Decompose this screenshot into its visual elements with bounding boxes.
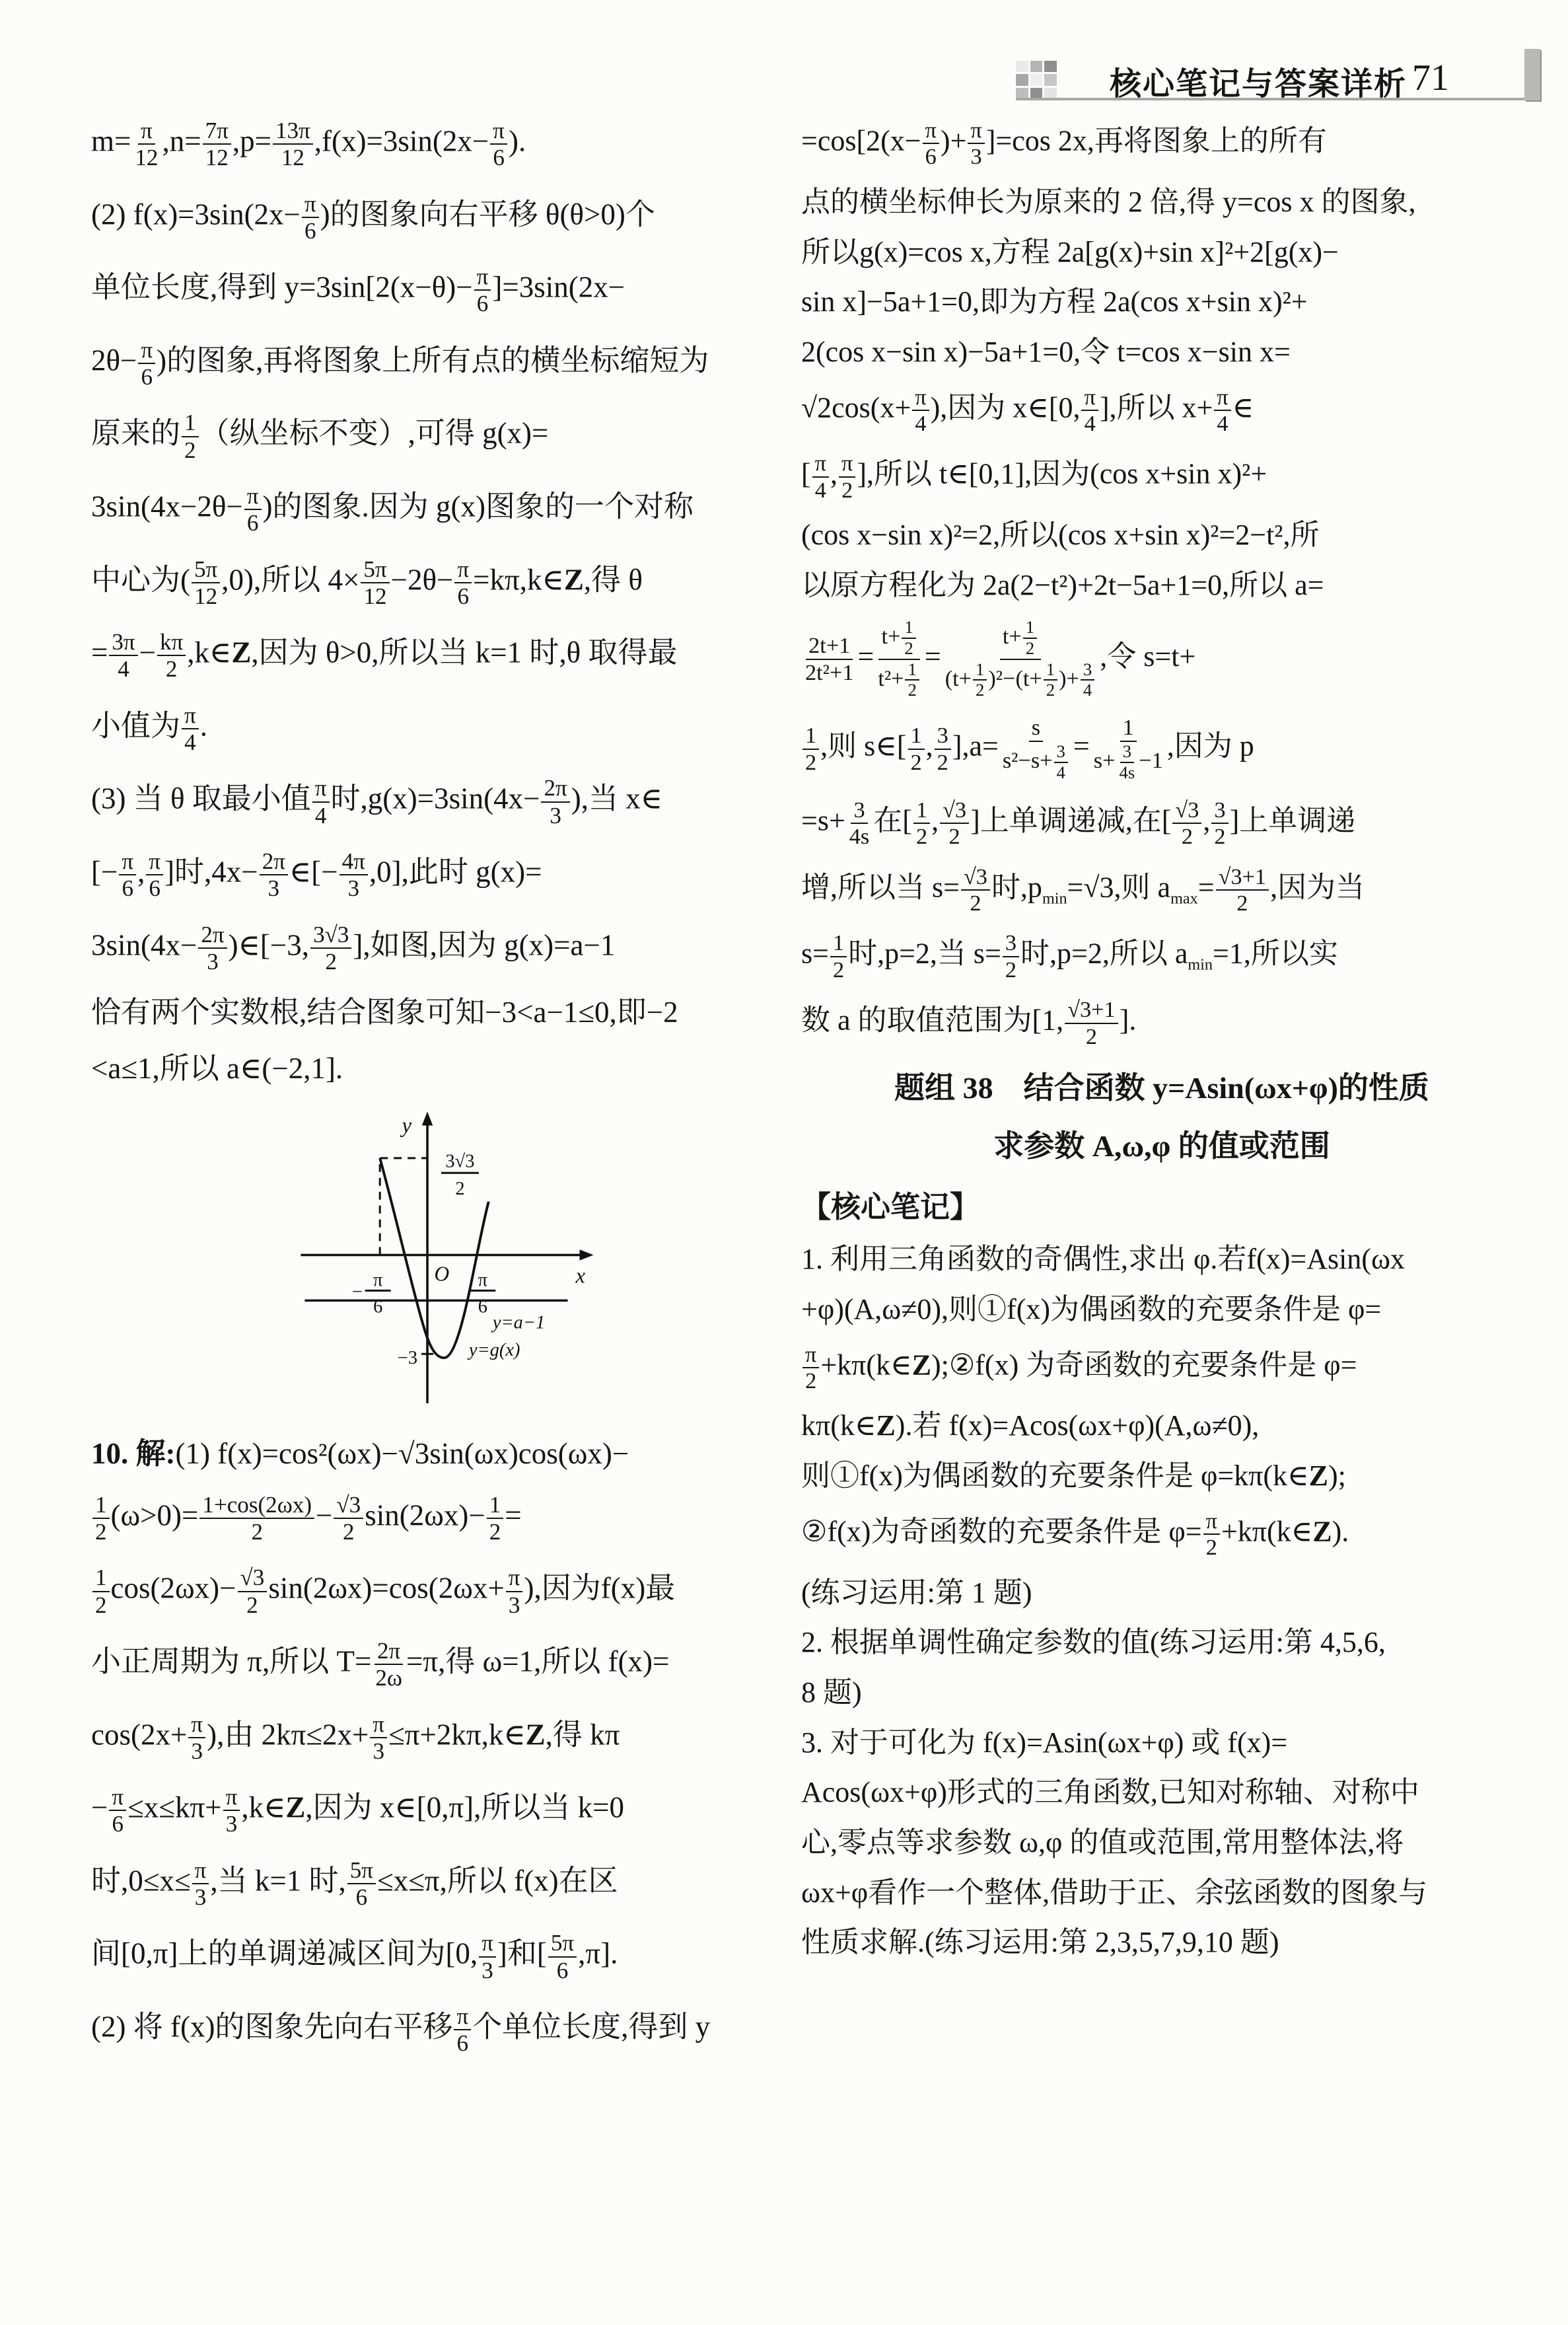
text-line: 3sin(4x−2π3)∈[−3,3√32],如图,因为 g(x)=a−1: [91, 922, 783, 975]
text-line: [π4,π2],所以 t∈[0,1],因为(cos x+sin x)²+: [801, 451, 1522, 503]
text-line: 3sin(4x−2θ−π6)的图象.因为 g(x)图象的一个对称: [91, 483, 783, 536]
g-curve-label: y=g(x): [467, 1340, 520, 1360]
column-left: m=π12,n=7π12,p=13π12,f(x)=3sin(2x−π6).(2…: [91, 118, 783, 2077]
text-line: 小值为π4.: [91, 702, 783, 756]
text-line: 8 题): [801, 1675, 1522, 1711]
text-line: 12,则 s∈[12,32],a=ss²−s+34=1s+34s−1,因为 p: [801, 715, 1522, 782]
logo-square: [1044, 74, 1057, 85]
text-line: m=π12,n=7π12,p=13π12,f(x)=3sin(2x−π6).: [91, 118, 783, 171]
text-line: √2cos(x+π4),因为 x∈[0,π4],所以 x+π4∈: [801, 385, 1522, 437]
right-paragraph-1: =cos[2(x−π6)+π3]=cos 2x,再将图象上的所有点的横坐标伸长为…: [801, 118, 1522, 1049]
text-line: 时,0≤x≤π3,当 k=1 时,5π6≤x≤π,所以 f(x)在区: [91, 1857, 783, 1911]
text-line: 小正周期为 π,所以 T=2π2ω=π,得 ω=1,所以 f(x)=: [91, 1638, 783, 1691]
text-line: (cos x−sin x)²=2,所以(cos x+sin x)²=2−t²,所: [801, 517, 1522, 553]
tick-right-denominator: 6: [478, 1296, 487, 1317]
text-line: s=12时,p=2,当 s=32时,p=2,所以 amin=1,所以实: [801, 930, 1522, 982]
text-line: 原来的12（纵坐标不变）,可得 g(x)=: [91, 410, 783, 463]
text-line: −π6≤x≤kπ+π3,k∈Z,因为 x∈[0,π],所以当 k=0: [91, 1784, 783, 1837]
tick-left-minus: −: [352, 1282, 363, 1302]
text-line: <a≤1,所以 a∈(−2,1].: [91, 1051, 783, 1087]
tick-left-numerator: π: [373, 1270, 382, 1290]
text-line: 12cos(2ωx)−√32sin(2ωx)=cos(2ωx+π3),因为f(x…: [91, 1565, 783, 1618]
text-line: 1. 利用三角函数的奇偶性,求出 φ.若f(x)=Asin(ωx: [801, 1241, 1522, 1277]
text-line: 10. 解:(1) f(x)=cos²(ωx)−√3sin(ωx)cos(ωx)…: [91, 1436, 783, 1472]
text-line: π2+kπ(k∈Z);②f(x) 为奇函数的充要条件是 φ=: [801, 1342, 1522, 1394]
text-line: (2) 将 f(x)的图象先向右平移π6个单位长度,得到 y: [91, 2003, 783, 2057]
text-line: 数 a 的取值范围为[1,√3+12].: [801, 997, 1522, 1049]
text-line: (练习运用:第 1 题): [801, 1575, 1522, 1611]
text-line: 2. 根据单调性确定参数的值(练习运用:第 4,5,6,: [801, 1625, 1522, 1660]
text-line: ωx+φ看作一个整体,借助于正、余弦函数的图象与: [801, 1875, 1522, 1911]
logo-square: [1016, 61, 1028, 72]
function-graph-figure: y x O 3√3 2 − π 6 π 6 −3: [259, 1107, 616, 1413]
text-line: cos(2x+π3),由 2kπ≤2x+π3≤π+2kπ,k∈Z,得 kπ: [91, 1711, 783, 1765]
a-minus-1-label: y=a−1: [491, 1312, 545, 1333]
y-axis-label: y: [400, 1114, 411, 1138]
text-line: 则①f(x)为偶函数的充要条件是 φ=kπ(k∈Z);: [801, 1458, 1522, 1494]
text-line: 以原方程化为 2a(2−t²)+2t−5a+1=0,所以 a=: [801, 568, 1522, 603]
tick-right-numerator: π: [478, 1270, 487, 1290]
text-line: 2(cos x−sin x)−5a+1=0,令 t=cos x−sin x=: [801, 334, 1522, 370]
text-line: 恰有两个实数根,结合图象可知−3<a−1≤0,即−2: [91, 994, 783, 1031]
logo-square: [1030, 74, 1043, 85]
logo-square: [1044, 61, 1057, 72]
text-line: 2t+12t²+1=t+12t²+12=t+12(t+12)²−(t+12)+3…: [801, 618, 1522, 701]
text-line: 点的横坐标伸长为原来的 2 倍,得 y=cos x 的图象,: [801, 184, 1522, 220]
text-line: 增,所以当 s=√32时,pmin=√3,则 amax=√3+12,因为当: [801, 864, 1522, 916]
text-line: 12(ω>0)=1+cos(2ωx)2−√32sin(2ωx)−12=: [91, 1492, 783, 1545]
header-logo-grid: [1016, 61, 1057, 99]
left-paragraph-1: m=π12,n=7π12,p=13π12,f(x)=3sin(2x−π6).(2…: [91, 118, 783, 1087]
text-line: +φ)(A,ω≠0),则①f(x)为偶函数的充要条件是 φ=: [801, 1292, 1522, 1327]
text-line: 所以g(x)=cos x,方程 2a[g(x)+sin x]²+2[g(x)−: [801, 235, 1522, 270]
text-line: kπ(k∈Z).若 f(x)=Acos(ωx+φ)(A,ω≠0),: [801, 1408, 1522, 1444]
text-line: 心,零点等求参数 ω,φ 的值或范围,常用整体法,将: [801, 1825, 1522, 1861]
g-curve: [380, 1158, 489, 1358]
text-line: (3) 当 θ 取最小值π4时,g(x)=3sin(4x−2π3),当 x∈: [91, 775, 783, 829]
text-line: Acos(ωx+φ)形式的三角函数,已知对称轴、对称中: [801, 1775, 1522, 1810]
y-min-label: −3: [398, 1348, 417, 1368]
text-line: 2θ−π6)的图象,再将图象上所有点的横坐标缩短为: [91, 337, 783, 390]
text-line: 间[0,π]上的单调递减区间为[0,π3]和[5π6,π].: [91, 1930, 783, 1983]
x-axis-arrow-icon: [580, 1249, 594, 1260]
text-line: =cos[2(x−π6)+π3]=cos 2x,再将图象上的所有: [801, 118, 1522, 170]
peak-fraction-numerator: 3√3: [445, 1151, 474, 1171]
y-axis-arrow-icon: [422, 1111, 433, 1125]
text-line: [−π6,π6]时,4x−2π3∈[−4π3,0],此时 g(x)=: [91, 848, 783, 902]
origin-label: O: [435, 1262, 450, 1285]
page: { "header": { "title": "核心笔记与答案详析", "pag…: [0, 0, 1568, 2325]
core-notes-list: 1. 利用三角函数的奇偶性,求出 φ.若f(x)=Asin(ωx+φ)(A,ω≠…: [801, 1241, 1522, 1960]
column-right: =cos[2(x−π6)+π3]=cos 2x,再将图象上的所有点的横坐标伸长为…: [801, 118, 1522, 1975]
text-line: ②f(x)为奇函数的充要条件是 φ=π2+kπ(k∈Z).: [801, 1508, 1522, 1561]
header-side-bar: [1524, 49, 1540, 100]
header-title: 核心笔记与答案详析: [1110, 58, 1420, 104]
logo-square: [1030, 61, 1043, 72]
text-line: 性质求解.(练习运用:第 2,3,5,7,9,10 题): [801, 1925, 1522, 1960]
section-heading-line1: 题组 38 结合函数 y=Asin(ωx+φ)的性质: [801, 1064, 1522, 1107]
left-paragraph-2: 10. 解:(1) f(x)=cos²(ωx)−√3sin(ωx)cos(ωx)…: [91, 1436, 783, 2057]
section-heading-line2: 求参数 A,ω,φ 的值或范围: [801, 1122, 1522, 1165]
logo-square: [1016, 74, 1028, 85]
x-axis-label: x: [575, 1264, 586, 1288]
tick-left-denominator: 6: [373, 1296, 382, 1317]
peak-fraction-denominator: 2: [455, 1179, 464, 1199]
page-number: 71: [1412, 57, 1449, 99]
text-line: =3π4−kπ2,k∈Z,因为 θ>0,所以当 k=1 时,θ 取得最: [91, 629, 783, 683]
header-rule: [1016, 98, 1530, 100]
text-line: (2) f(x)=3sin(2x−π6)的图象向右平移 θ(θ>0)个: [91, 191, 783, 244]
text-line: 3. 对于可化为 f(x)=Asin(ωx+φ) 或 f(x)=: [801, 1725, 1522, 1761]
text-line: sin x]−5a+1=0,即为方程 2a(cos x+sin x)²+: [801, 284, 1522, 320]
text-line: =s+34s在[12,√32]上单调递减,在[√32,32]上单调递: [801, 797, 1522, 850]
core-notes-label: 【核心笔记】: [801, 1183, 1522, 1226]
text-line: 中心为(5π12,0),所以 4×5π12−2θ−π6=kπ,k∈Z,得 θ: [91, 556, 783, 610]
text-line: 单位长度,得到 y=3sin[2(x−θ)−π6]=3sin(2x−: [91, 264, 783, 317]
function-graph: y x O 3√3 2 − π 6 π 6 −3: [259, 1107, 616, 1413]
